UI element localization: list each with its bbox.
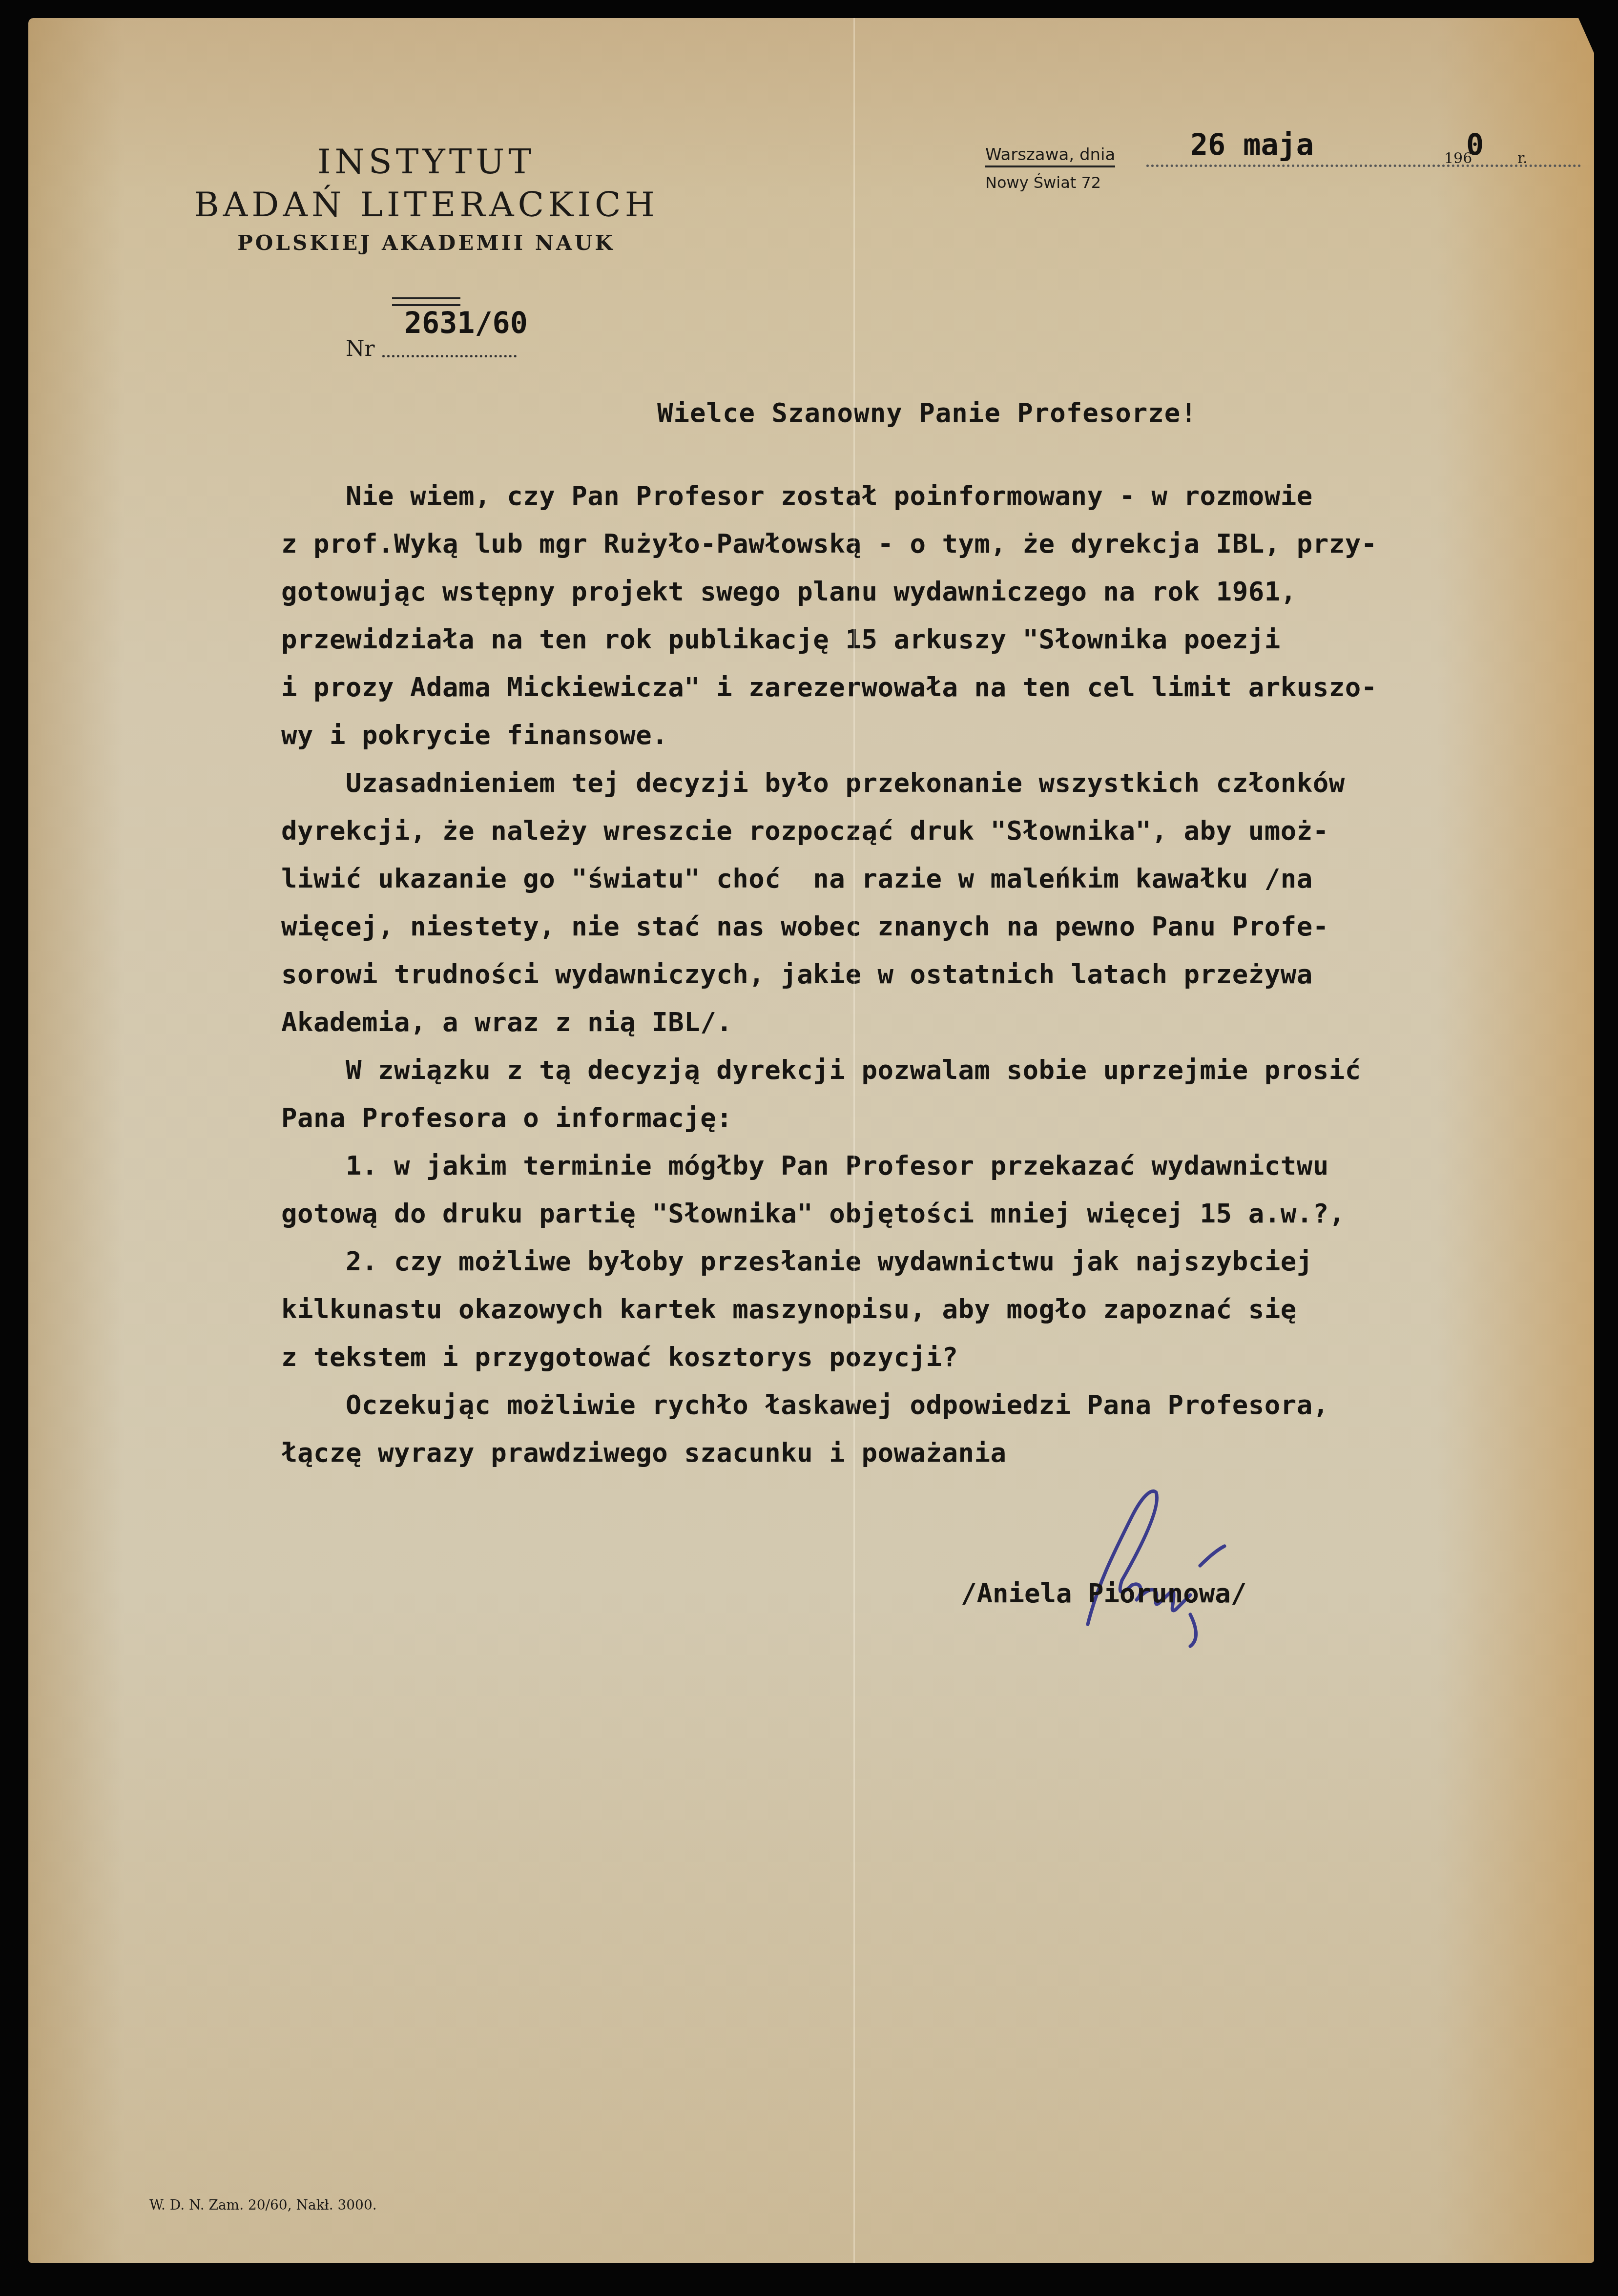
body-line: Akademia, a wraz z nią IBL/. xyxy=(281,998,732,1046)
body-line: więcej, niestety, nie stać nas wobec zna… xyxy=(281,903,1329,951)
body-line: Pana Profesora o informację: xyxy=(281,1094,732,1142)
year-suffix: 0 xyxy=(1466,128,1484,162)
printer-note: W. D. N. Zam. 20/60, Nakł. 3000. xyxy=(149,2197,377,2213)
place-label: Warszawa, dnia xyxy=(985,145,1115,167)
letterhead-line-2: BADAŃ LITERACKICH xyxy=(121,183,731,226)
letterhead: INSTYTUT BADAŃ LITERACKICH POLSKIEJ AKAD… xyxy=(121,140,731,306)
body-line: Oczekując możliwie rychło łaskawej odpow… xyxy=(281,1381,1329,1429)
body-line: Uzasadnieniem tej decyzji było przekonan… xyxy=(281,759,1345,807)
letterhead-double-rule xyxy=(392,297,460,306)
typed-signature: /Aniela Piorunowa/ xyxy=(961,1578,1246,1609)
handwritten-signature-icon xyxy=(1068,1478,1234,1654)
date-dotted-line xyxy=(1146,165,1581,167)
reference-label: Nr xyxy=(346,336,375,361)
body-line: W związku z tą decyzją dyrekcji pozwalam… xyxy=(281,1046,1361,1094)
reference-value: 2631/60 xyxy=(404,306,528,340)
body-line: łączę wyrazy prawdziwego szacunku i powa… xyxy=(281,1429,1006,1477)
year-abbrev: r. xyxy=(1517,150,1528,167)
body-line: przewidziała na ten rok publikację 15 ar… xyxy=(281,616,1281,663)
body-line: dyrekcji, że należy wreszcie rozpocząć d… xyxy=(281,807,1329,855)
body-line: liwić ukazanie go "światu" choć na razie… xyxy=(281,855,1313,903)
folded-corner xyxy=(1578,18,1598,62)
body-line: 2. czy możliwe byłoby przesłanie wydawni… xyxy=(281,1238,1313,1285)
body-line: kilkunastu okazowych kartek maszynopisu,… xyxy=(281,1285,1297,1333)
body-line: wy i pokrycie finansowe. xyxy=(281,711,668,759)
address: Nowy Świat 72 xyxy=(985,173,1101,192)
body-line: sorowi trudności wydawniczych, jakie w o… xyxy=(281,951,1313,998)
body-line: i prozy Adama Mickiewicza" i zarezerwowa… xyxy=(281,663,1377,711)
letterhead-line-3: POLSKIEJ AKADEMII NAUK xyxy=(121,226,731,260)
body-line: gotową do druku partię "Słownika" objęto… xyxy=(281,1190,1345,1238)
reference-dotted-line xyxy=(382,355,517,357)
body-line: gotowując wstępny projekt swego planu wy… xyxy=(281,568,1297,616)
letter-page: INSTYTUT BADAŃ LITERACKICH POLSKIEJ AKAD… xyxy=(28,18,1594,2263)
body-line: z prof.Wyką lub mgr Rużyło-Pawłowską - o… xyxy=(281,520,1377,568)
date-value: 26 maja xyxy=(1190,128,1314,162)
body-line: 1. w jakim terminie mógłby Pan Profesor … xyxy=(281,1142,1329,1190)
body-line: Nie wiem, czy Pan Profesor został poinfo… xyxy=(281,472,1313,520)
salutation: Wielce Szanowny Panie Profesorze! xyxy=(657,389,1197,437)
body-line: z tekstem i przygotować kosztorys pozycj… xyxy=(281,1333,958,1381)
letterhead-line-1: INSTYTUT xyxy=(121,140,731,183)
